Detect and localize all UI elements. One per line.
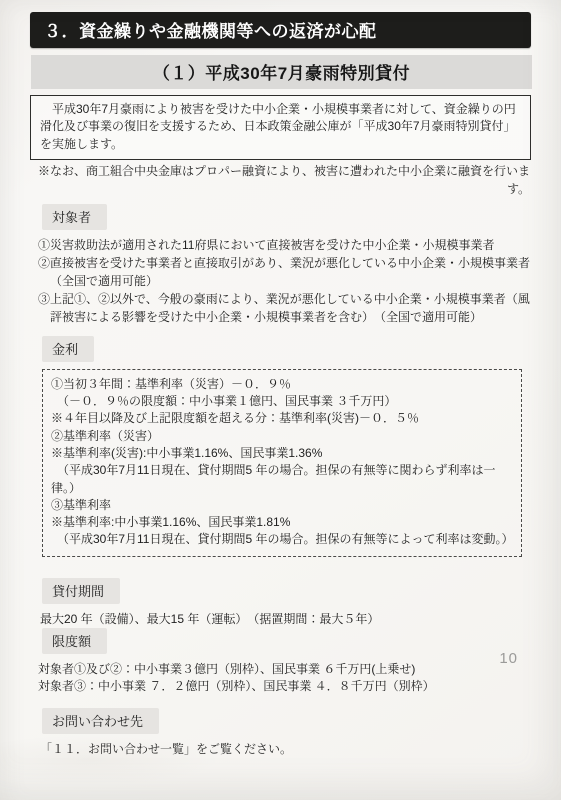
list-item: ②直接被害を受けた事業者と直接取引があり、業況が悪化している中小企業・小規模事業… [38,255,538,290]
limit-label: 限度額 [42,628,107,654]
interest-line: ※基準利率(災害):中小事業1.16%、国民事業1.36% [51,445,511,462]
interest-label: 金利 [42,336,94,362]
interest-line: ①当初３年間：基準利率（災害）－０．９％ [51,376,511,393]
section-title-bar: ３．資金繰りや金融機関等への返済が心配 [30,12,531,48]
limit-line: 対象者③：中小事業 ７．２億円（別枠）、国民事業 ４．８千万円（別枠） [38,678,531,695]
interest-line: （－０．９％の限度額：中小事業１億円、国民事業 ３千万円） [51,393,511,410]
section-eligibility: 対象者 ①災害救助法が適用された11府県において直接被害を受けた中小企業・小規模… [30,204,531,326]
page-number: 10 [499,650,518,667]
proper-loan-note: ※なお、商工組合中央金庫はプロパー融資により、被害に遭われた中小企業に融資を行い… [30,163,531,198]
section-limit: 限度額 対象者①及び②：中小事業３億円（別枠）、国民事業 ６千万円(上乗せ) 対… [30,628,531,696]
subsection-title-bar: （１）平成30年7月豪雨特別貸付 [31,55,532,89]
section-contact: お問い合わせ先 「１１．お問い合わせ一覧」をご覧ください。 [30,708,531,758]
interest-line: ③基準利率 [51,497,511,514]
scanned-document-page: ３．資金繰りや金融機関等への返済が心配 （１）平成30年7月豪雨特別貸付 平成3… [0,0,561,800]
interest-line: （平成30年7月11日現在、貸付期間5 年の場合。担保の有無等によって利率は変動… [51,531,511,548]
limit-line: 対象者①及び②：中小事業３億円（別枠）、国民事業 ６千万円(上乗せ) [38,661,531,678]
section-loan-period: 貸付期間 最大20 年（設備）、最大15 年（運転） （据置期間：最大５年） [30,578,531,628]
interest-line: ※４年目以降及び上記限度額を超える分：基準利率(災害)－０．５％ [51,410,511,427]
loan-period-label: 貸付期間 [42,578,120,604]
interest-line: ※基準利率:中小事業1.16%、国民事業1.81% [51,514,511,531]
limit-lines: 対象者①及び②：中小事業３億円（別枠）、国民事業 ６千万円(上乗せ) 対象者③：… [38,661,531,696]
list-item: ①災害救助法が適用された11府県において直接被害を受けた中小企業・小規模事業者 [38,237,538,254]
loan-period-text: 最大20 年（設備）、最大15 年（運転） （据置期間：最大５年） [40,611,531,628]
contact-text: 「１１．お問い合わせ一覧」をご覧ください。 [40,741,531,758]
list-item: ③上記①、②以外で、今般の豪雨により、業況が悪化している中小企業・小規模事業者（… [38,291,538,326]
section-title: ３．資金繰りや金融機関等への返済が心配 [44,22,377,41]
intro-box: 平成30年7月豪雨により被害を受けた中小企業・小規模事業者に対して、資金繰りの円… [30,95,531,160]
eligibility-list: ①災害救助法が適用された11府県において直接被害を受けた中小企業・小規模事業者 … [38,237,538,326]
interest-line: （平成30年7月11日現在、貸付期間5 年の場合。担保の有無等に関わらず利率は一… [51,462,511,497]
document-content: ３．資金繰りや金融機関等への返済が心配 （１）平成30年7月豪雨特別貸付 平成3… [0,0,561,758]
intro-text: 平成30年7月豪雨により被害を受けた中小企業・小規模事業者に対して、資金繰りの円… [40,101,521,153]
section-interest: 金利 ①当初３年間：基準利率（災害）－０．９％ （－０．９％の限度額：中小事業１… [30,336,531,557]
interest-line: ②基準利率（災害） [51,428,511,445]
subsection-title: （１）平成30年7月豪雨特別貸付 [153,64,410,83]
contact-label: お問い合わせ先 [42,708,159,734]
eligibility-label: 対象者 [42,204,107,230]
interest-rate-box: ①当初３年間：基準利率（災害）－０．９％ （－０．９％の限度額：中小事業１億円、… [42,369,522,557]
